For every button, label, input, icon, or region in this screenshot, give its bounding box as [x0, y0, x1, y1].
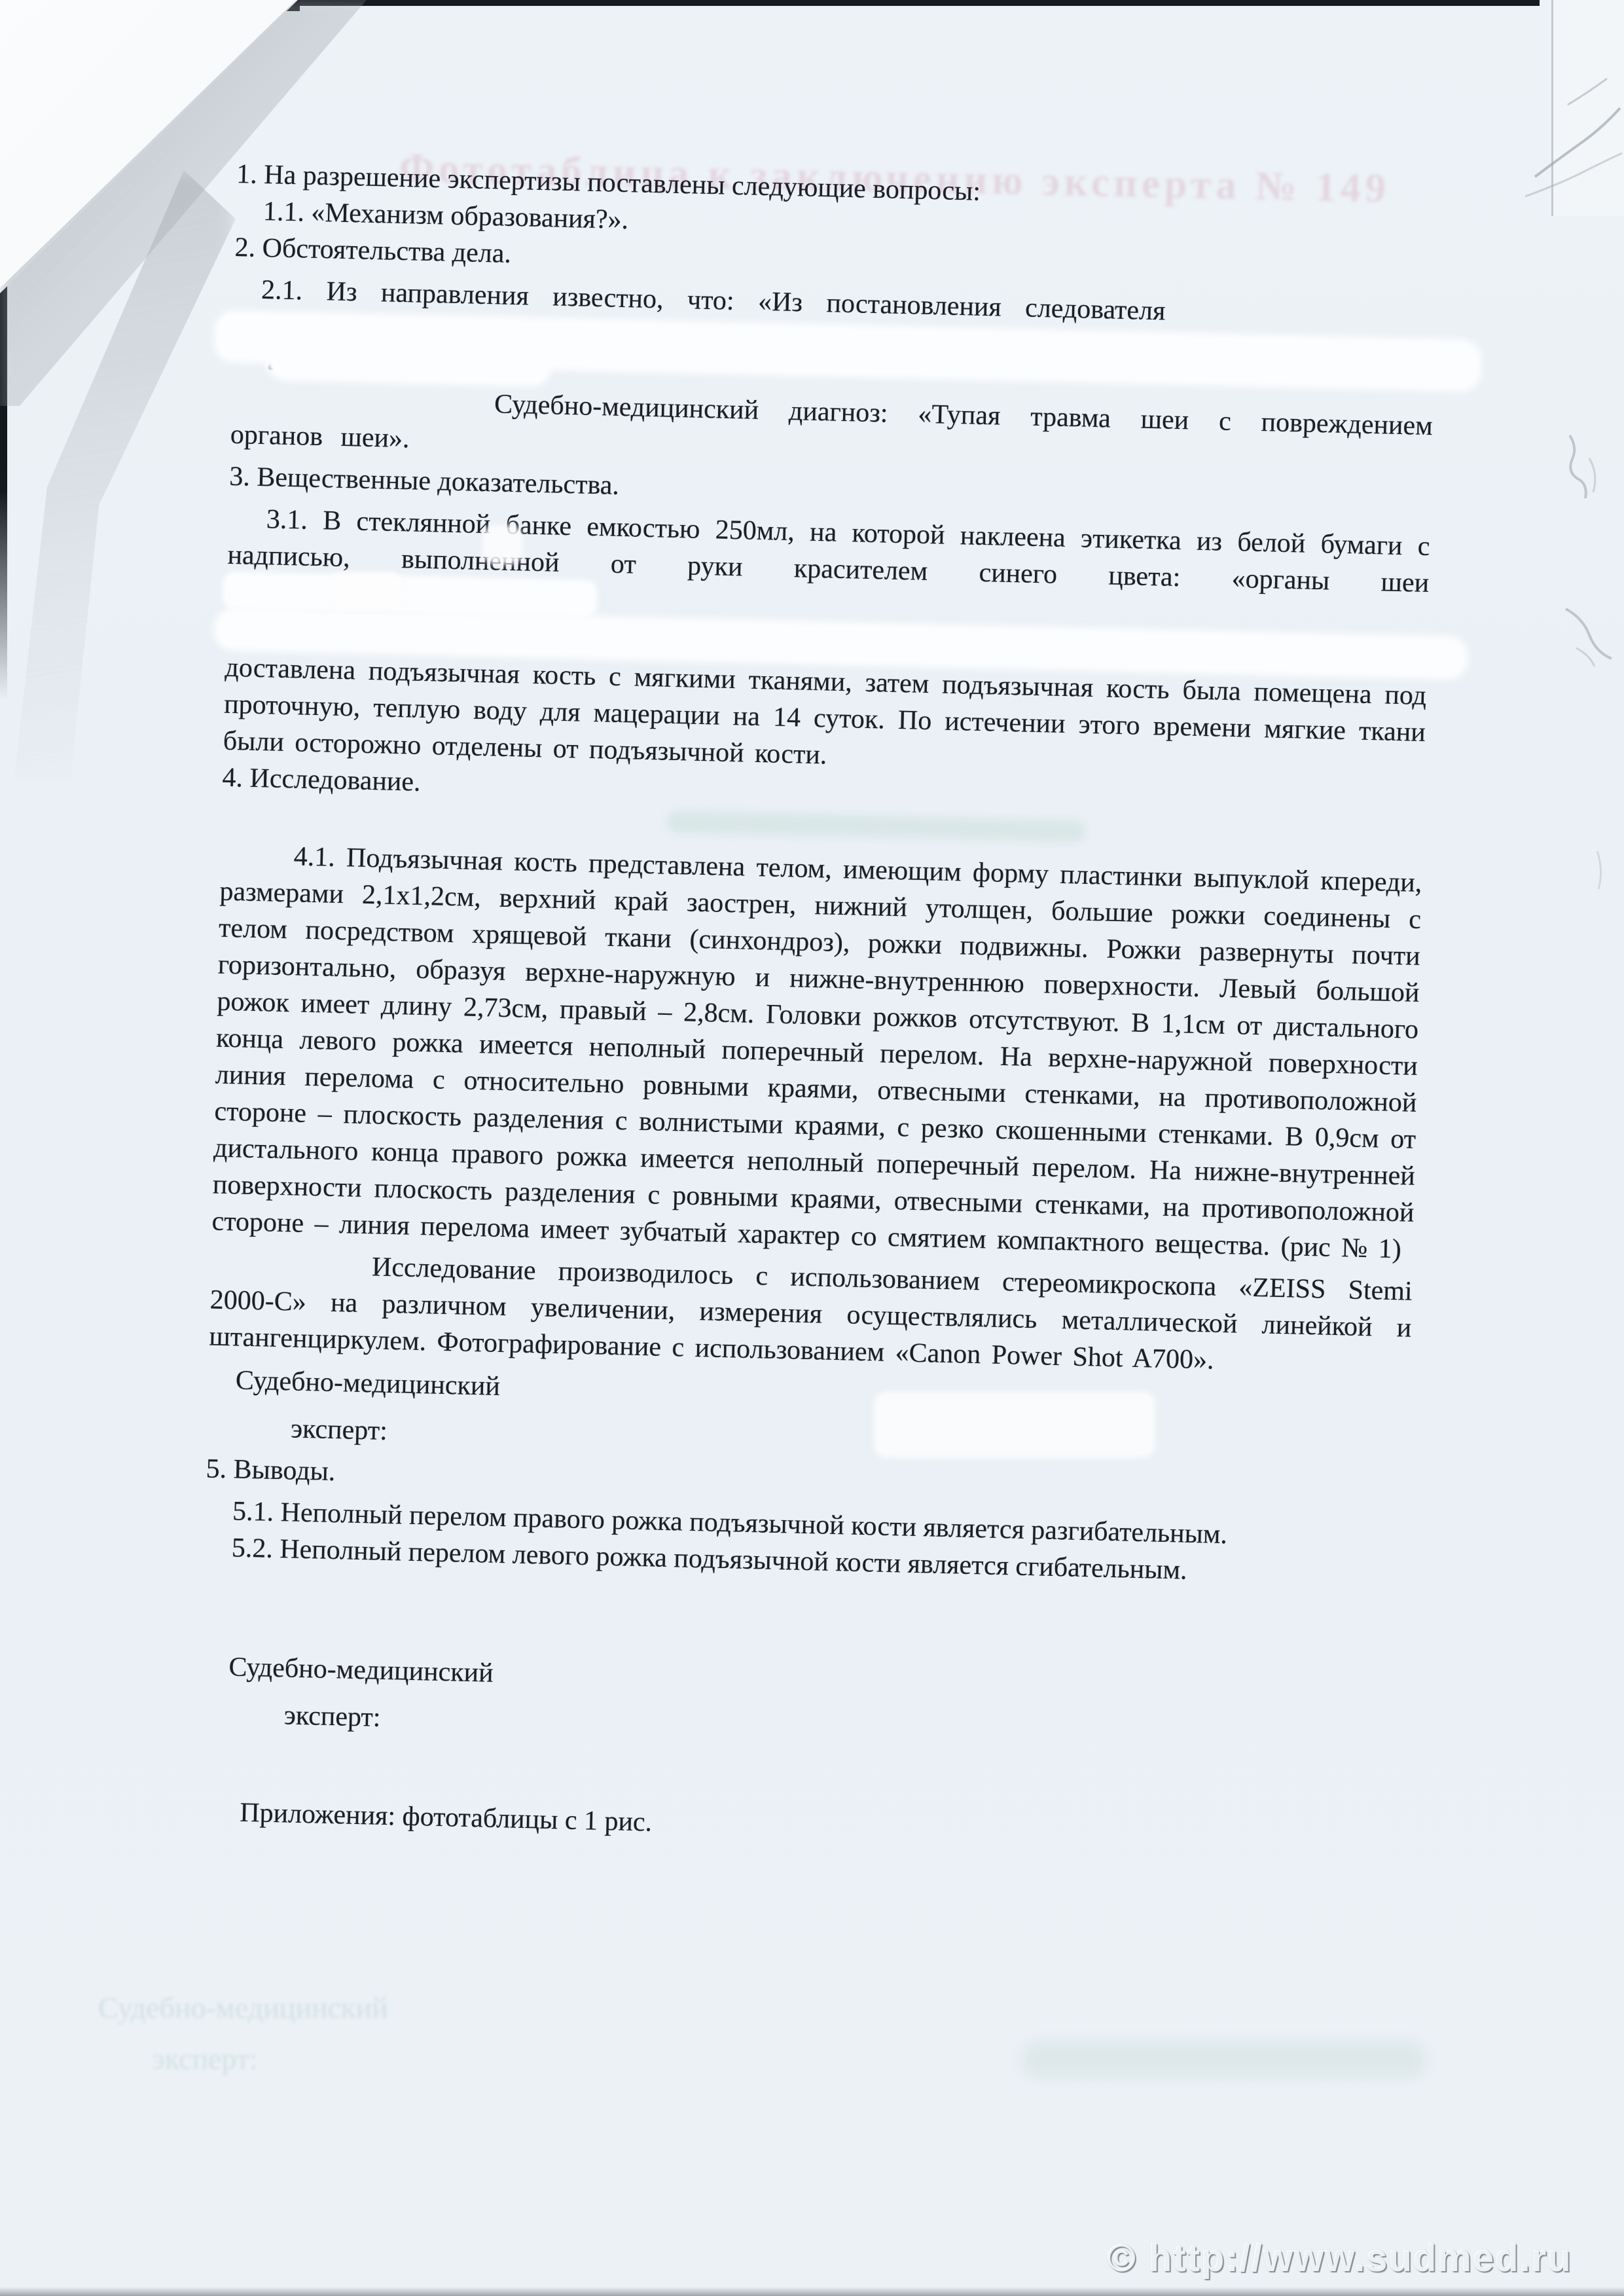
scanned-forensic-report-page: { "doc": { "questions_header": "1. На ра… — [0, 0, 1624, 2296]
whiteout-patch-word — [333, 575, 401, 608]
whiteout-patch-hyphen — [486, 528, 520, 562]
method-paragraph: Исследование производилось с использован… — [209, 1245, 1413, 1383]
ghost-signature-smudge — [1021, 2041, 1427, 2078]
ghost-redaction-smudge — [666, 811, 1086, 843]
document-body: 1. На разрешение экспертизы поставлены с… — [198, 156, 1439, 1859]
ghost-footer-label-line2: эксперт: — [152, 2041, 258, 2076]
research-4-1: 4.1. Подъязычная кость представлена тело… — [211, 837, 1422, 1268]
inline-whiteout-patch — [226, 575, 594, 614]
whiteout-patch-signature — [877, 1394, 1152, 1455]
ghost-footer-label-line1: Судебно-медицинский — [98, 1990, 388, 2025]
sudmed-watermark: © http://www.sudmed.ru — [1108, 2236, 1572, 2280]
